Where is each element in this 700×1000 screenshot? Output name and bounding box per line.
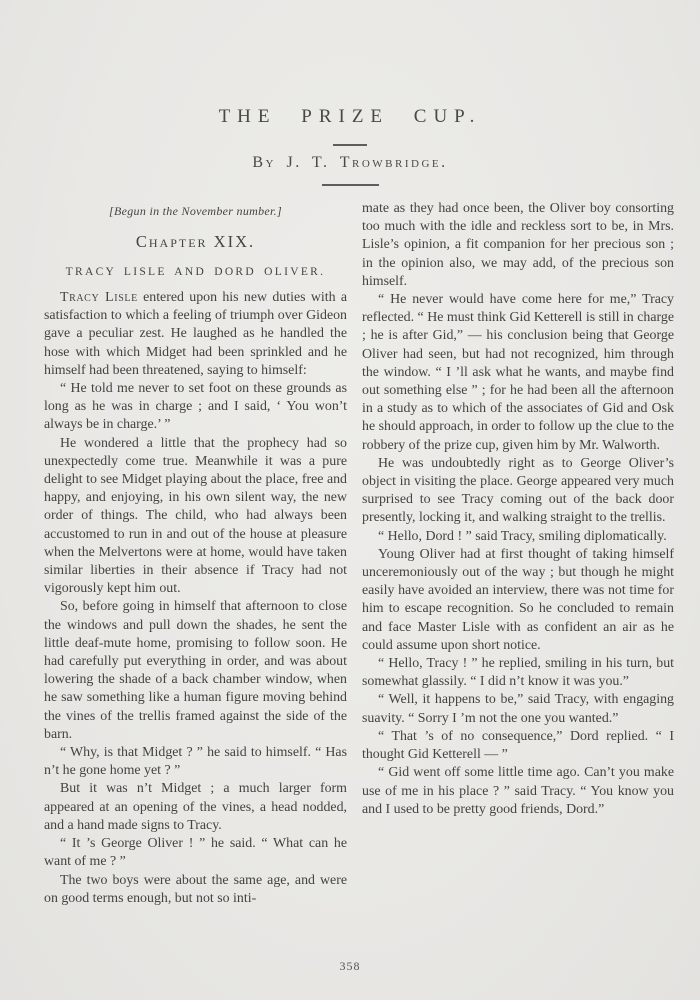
- headnote: [Begun in the November number.]: [44, 204, 347, 219]
- paragraph: “ It ’s George Oliver ! ” he said. “ Wha…: [44, 835, 347, 871]
- article-title: THE PRIZE CUP.: [0, 106, 700, 128]
- book-page: THE PRIZE CUP. By J. T. Trowbridge. [Beg…: [0, 0, 700, 1000]
- paragraph: “ Hello, Dord ! ” said Tracy, smiling di…: [362, 528, 674, 546]
- paragraph: He was undoubtedly right as to George Ol…: [362, 455, 674, 528]
- text-columns: [Begun in the November number.] Chapter …: [44, 199, 674, 963]
- right-column-text: mate as they had once been, the Oliver b…: [362, 200, 674, 819]
- paragraph: “ Why, is that Midget ? ” he said to him…: [44, 744, 347, 780]
- paragraph: “ That ’s of no consequence,” Dord repli…: [362, 728, 674, 764]
- right-column: mate as they had once been, the Oliver b…: [362, 199, 674, 963]
- paragraph: So, before going in himself that afterno…: [44, 598, 347, 744]
- paragraph: Young Oliver had at first thought of tak…: [362, 546, 674, 655]
- smallcaps-lead: Tracy Lisle: [60, 290, 138, 305]
- left-column-text: Tracy Lisle entered upon his new duties …: [44, 289, 347, 908]
- page-number: 358: [0, 959, 700, 974]
- paragraph: Tracy Lisle entered upon his new duties …: [44, 289, 347, 380]
- paragraph: “ Hello, Tracy ! ” he replied, smiling i…: [362, 655, 674, 691]
- paragraph: “ Gid went off some little time ago. Can…: [362, 764, 674, 819]
- paragraph: “ He told me never to set foot on these …: [44, 380, 347, 435]
- chapter-subtitle: TRACY LISLE AND DORD OLIVER.: [44, 266, 347, 278]
- paragraph: But it was n’t Midget ; a much larger fo…: [44, 780, 347, 835]
- paragraph: The two boys were about the same age, an…: [44, 872, 347, 908]
- byline: By J. T. Trowbridge.: [0, 154, 700, 172]
- byline-divider: [322, 184, 379, 186]
- chapter-heading: Chapter XIX.: [44, 232, 347, 252]
- left-column: [Begun in the November number.] Chapter …: [44, 199, 347, 963]
- article-header: THE PRIZE CUP. By J. T. Trowbridge.: [0, 0, 700, 186]
- paragraph: He wondered a little that the prophecy h…: [44, 435, 347, 599]
- paragraph: “ Well, it happens to be,” said Tracy, w…: [362, 691, 674, 727]
- title-divider: [333, 144, 367, 146]
- paragraph: mate as they had once been, the Oliver b…: [362, 200, 674, 291]
- paragraph: “ He never would have come here for me,”…: [362, 291, 674, 455]
